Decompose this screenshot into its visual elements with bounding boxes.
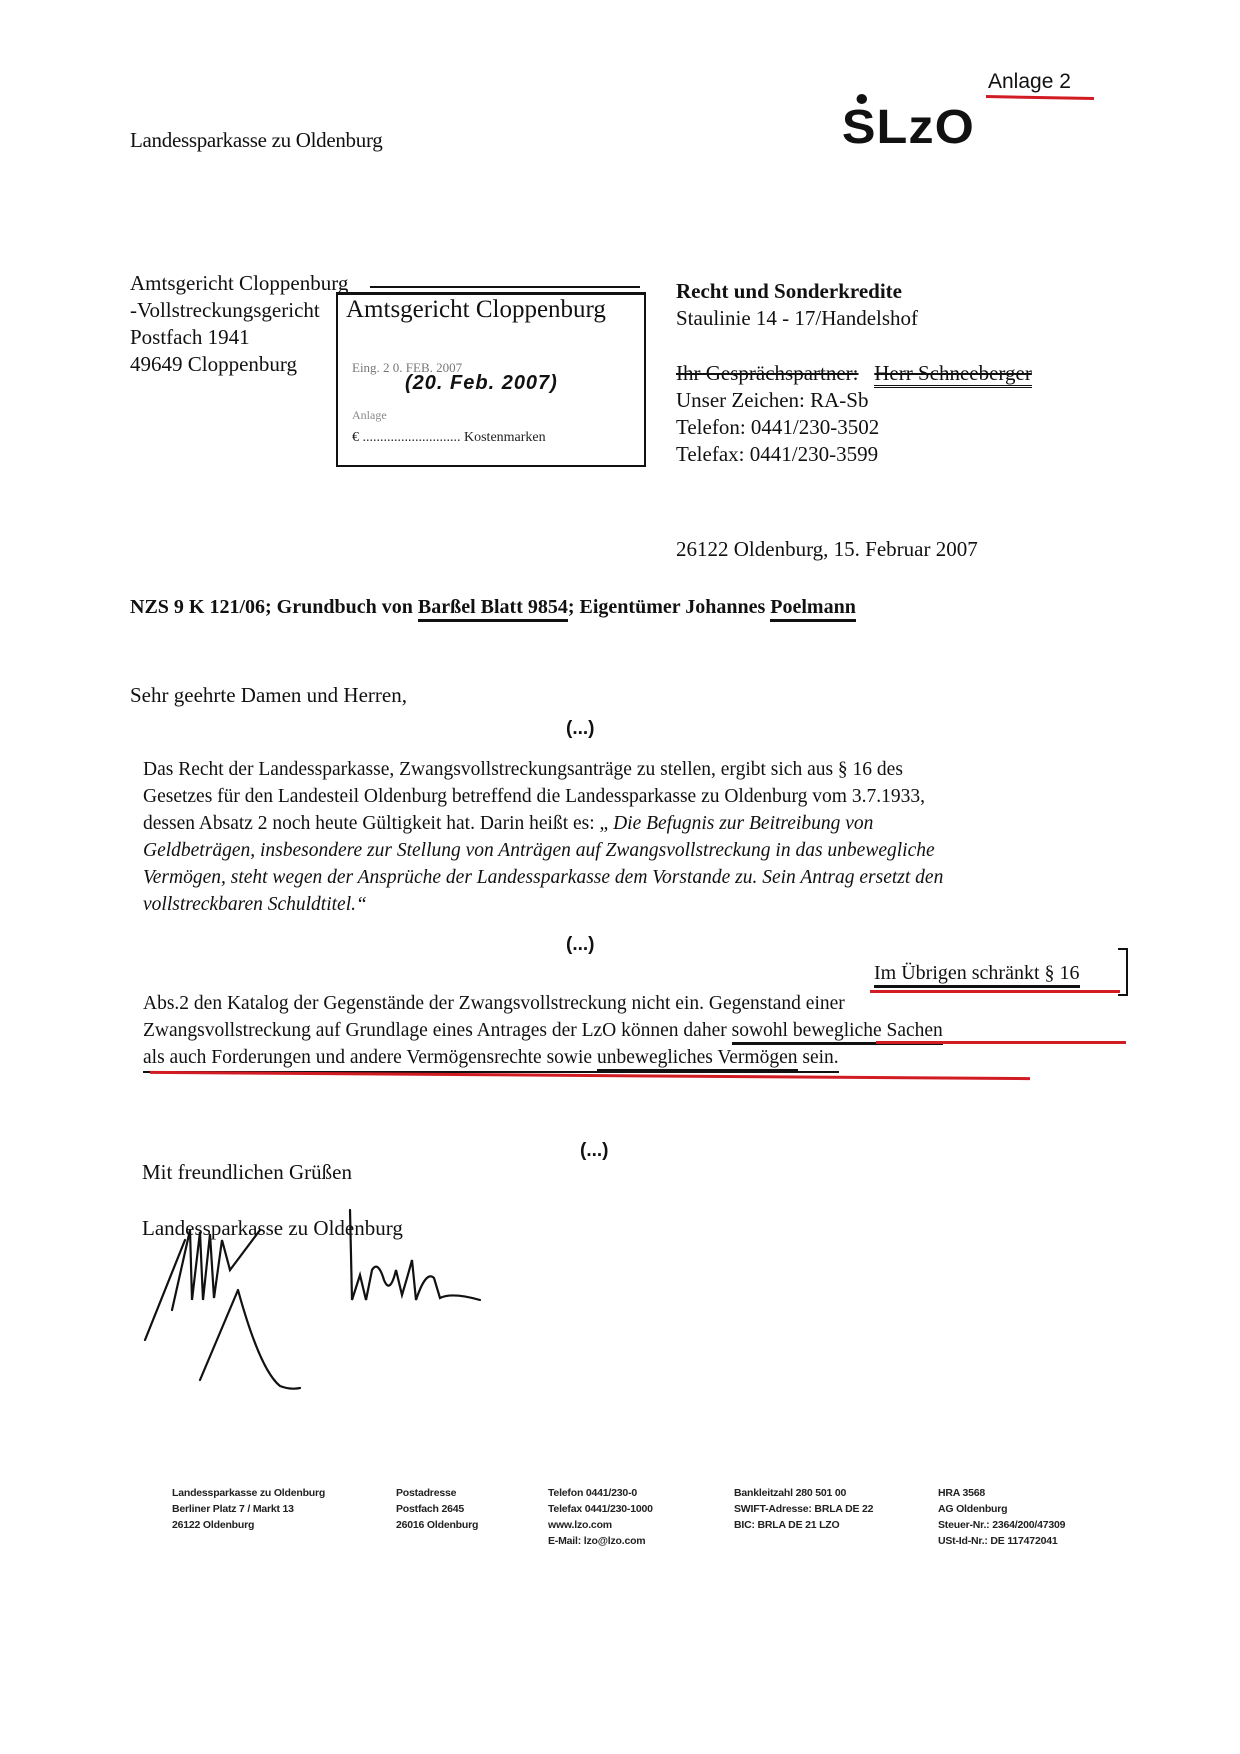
text-plain: Zwangsvollstreckung auf Grundlage eines … xyxy=(143,1020,732,1041)
stamp-title: Amtsgericht Cloppenburg xyxy=(346,296,606,324)
footer-line: Steuer-Nr.: 2364/200/47309 xyxy=(938,1517,1065,1533)
text-line: als auch Forderungen und andere Vermögen… xyxy=(143,1044,839,1073)
omission-marker: (...) xyxy=(566,934,595,956)
quote-line: vollstreckbaren Schuldtitel.“ xyxy=(143,891,1043,918)
recipient-line: 49649 Cloppenburg xyxy=(130,351,348,378)
footer-line: AG Oldenburg xyxy=(938,1501,1065,1517)
quote-start: Die Befugnis zur Beitreibung von xyxy=(613,813,873,834)
signatures xyxy=(140,1200,520,1400)
recipient-line: Amtsgericht Cloppenburg xyxy=(130,270,348,297)
lzo-logo: SLzO xyxy=(842,104,975,152)
footer-line: Postfach 2645 xyxy=(396,1501,478,1517)
subject-line: NZS 9 K 121/06; Grundbuch von Barßel Bla… xyxy=(130,596,856,619)
highlighted-lead: Im Übrigen schränkt § 16 xyxy=(874,962,1080,988)
footer-line: Landessparkasse zu Oldenburg xyxy=(172,1485,325,1501)
department-name: Recht und Sonderkredite xyxy=(676,278,918,305)
footer-line: Telefax 0441/230-1000 xyxy=(548,1501,653,1517)
text-line: Gesetzes für den Landesteil Oldenburg be… xyxy=(143,783,1043,810)
text-plain: dessen Absatz 2 noch heute Gültigkeit ha… xyxy=(143,813,613,834)
text-line: Abs.2 den Katalog der Gegenstände der Zw… xyxy=(143,990,1043,1017)
footer-col-contact: Telefon 0441/230-0 Telefax 0441/230-1000… xyxy=(548,1485,653,1549)
underlined-immovables: unbewegliches Vermögen xyxy=(597,1047,798,1072)
footer-line: USt-Id-Nr.: DE 117472041 xyxy=(938,1533,1065,1549)
footer-line: SWIFT-Adresse: BRLA DE 22 xyxy=(734,1501,873,1517)
salutation: Sehr geehrte Damen und Herren, xyxy=(130,683,407,708)
footer-col-registry: HRA 3568 AG Oldenburg Steuer-Nr.: 2364/2… xyxy=(938,1485,1065,1549)
stamp-top-line xyxy=(370,286,640,288)
footer-line: 26016 Oldenburg xyxy=(396,1517,478,1533)
footer-line: Bankleitzahl 280 501 00 xyxy=(734,1485,873,1501)
paragraph-legal-basis: Das Recht der Landessparkasse, Zwangsvol… xyxy=(143,756,1043,918)
contact-block: Ihr Gesprächspartner: Herr Schneeberger … xyxy=(676,360,1032,468)
red-annotation-line xyxy=(876,1041,1126,1044)
footer-col-banking: Bankleitzahl 280 501 00 SWIFT-Adresse: B… xyxy=(734,1485,873,1533)
omission-marker: (...) xyxy=(580,1140,609,1162)
footer-line: Berliner Platz 7 / Markt 13 xyxy=(172,1501,325,1517)
contact-fax: Telefax: 0441/230-3599 xyxy=(676,441,1032,468)
department-block: Recht und Sonderkredite Staulinie 14 - 1… xyxy=(676,278,918,332)
partner-label: Ihr Gesprächspartner: xyxy=(676,361,859,385)
subject-owner-name: Poelmann xyxy=(770,596,856,622)
recipient-line: Postfach 1941 xyxy=(130,324,348,351)
footer-line: HRA 3568 xyxy=(938,1485,1065,1501)
text-line: dessen Absatz 2 noch heute Gültigkeit ha… xyxy=(143,810,1043,837)
text-line: Das Recht der Landessparkasse, Zwangsvol… xyxy=(143,756,1043,783)
signature-right xyxy=(350,1210,480,1300)
contact-phone: Telefon: 0441/230-3502 xyxy=(676,414,1032,441)
footer-email: E-Mail: lzo@lzo.com xyxy=(548,1533,653,1549)
quote-line: Vermögen, steht wegen der Ansprüche der … xyxy=(143,864,1043,891)
stamp-handwritten-date: (20. Feb. 2007) xyxy=(405,372,558,395)
text-plain: als auch Forderungen und andere Vermögen… xyxy=(143,1047,597,1068)
paragraph2-lead: Im Übrigen schränkt § 16 xyxy=(874,962,1080,985)
contact-partner: Ihr Gesprächspartner: Herr Schneeberger xyxy=(676,360,1032,387)
text-plain: sein. xyxy=(798,1047,839,1068)
footer-line: BIC: BRLA DE 21 LZO xyxy=(734,1517,873,1533)
recipient-line: -Vollstreckungsgericht xyxy=(130,297,348,324)
contact-reference: Unser Zeichen: RA-Sb xyxy=(676,387,1032,414)
footer-line: Postadresse xyxy=(396,1485,478,1501)
signature-left xyxy=(145,1230,300,1389)
quote-line: Geldbeträgen, insbesondere zur Stellung … xyxy=(143,837,1043,864)
sparkasse-s-icon: S xyxy=(842,104,877,152)
subject-land-register: Barßel Blatt 9854 xyxy=(418,596,568,622)
footer-col-postal: Postadresse Postfach 2645 26016 Oldenbur… xyxy=(396,1485,478,1533)
logo-text: LzO xyxy=(876,101,974,154)
subject-owner-label: ; Eigentümer Johannes xyxy=(568,596,770,618)
footer-line: Telefon 0441/230-0 xyxy=(548,1485,653,1501)
stamp-attachment-line: Anlage xyxy=(352,408,387,423)
paragraph-enforcement-scope: Abs.2 den Katalog der Gegenstände der Zw… xyxy=(143,990,1043,1073)
footer-line: 26122 Oldenburg xyxy=(172,1517,325,1533)
partner-name: Herr Schneeberger xyxy=(874,361,1032,388)
footer-col-bank: Landessparkasse zu Oldenburg Berliner Pl… xyxy=(172,1485,325,1533)
text-line: Zwangsvollstreckung auf Grundlage eines … xyxy=(143,1017,1043,1044)
annex-label: Anlage 2 xyxy=(988,70,1071,94)
omission-marker: (...) xyxy=(566,718,595,740)
margin-bracket xyxy=(1118,948,1128,996)
footer-website: www.lzo.com xyxy=(548,1517,653,1533)
stamp-fee-row: € ............................ Kostenmar… xyxy=(352,430,546,446)
sender-line: Landessparkasse zu Oldenburg xyxy=(130,128,382,153)
letter-date: 26122 Oldenburg, 15. Februar 2007 xyxy=(676,537,978,562)
department-address: Staulinie 14 - 17/Handelshof xyxy=(676,305,918,332)
recipient-address: Amtsgericht Cloppenburg -Vollstreckungsg… xyxy=(130,270,348,378)
closing-greeting: Mit freundlichen Grüßen xyxy=(142,1160,352,1185)
subject-case: NZS 9 K 121/06; Grundbuch von xyxy=(130,596,418,618)
annex-red-underline xyxy=(986,95,1094,100)
